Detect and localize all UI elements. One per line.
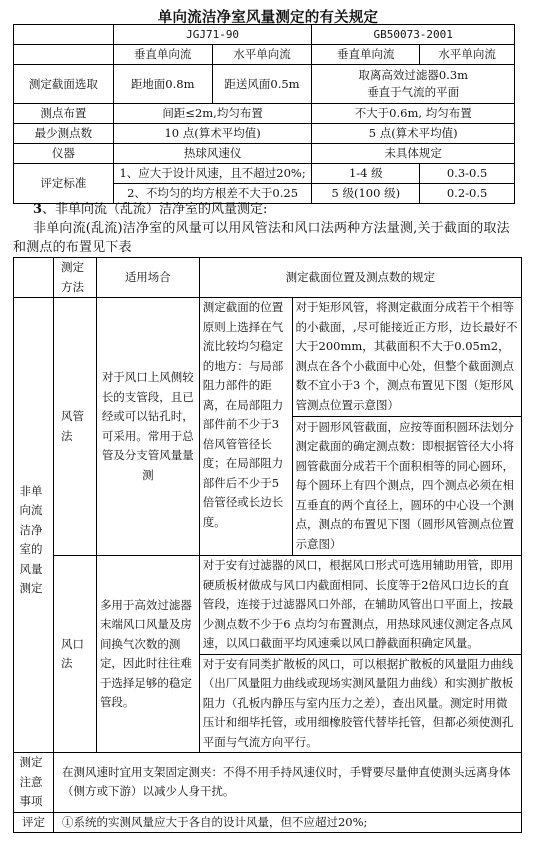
notes-label: 测定注意事项 bbox=[14, 753, 54, 813]
flow-type: 垂直单向流 bbox=[312, 45, 420, 65]
rect-duct-rule: 对于矩形风管，将测定截面分成若干个相等的小截面，,尽可能接近正方形，边长最好不大… bbox=[292, 298, 522, 417]
cell: 距地面0.8m bbox=[113, 65, 212, 104]
row-label: 测点布置 bbox=[14, 104, 114, 124]
round-duct-rule: 对于圆形风管截面，应按等面积圆环法划分测定截面的确定测点数：即根据管径大小将圆管… bbox=[292, 417, 522, 556]
cell: 1-4 级 bbox=[312, 164, 420, 184]
empty-cell bbox=[14, 258, 54, 298]
non-unidirectional-airflow-table: 测定方法 适用场合 测定截面位置及测点数的规定 非单向流洁净室的风量测定 风管法… bbox=[13, 257, 522, 833]
diffuser-outlet-rule: 对于安有同类扩散板的风口，可以根据扩散板的风量阻力曲线（出厂风量阻力曲线或现场实… bbox=[199, 654, 521, 753]
section-number: 3 bbox=[33, 202, 42, 217]
flow-type: 垂直单向流 bbox=[113, 45, 212, 65]
cell: 未具体规定 bbox=[312, 144, 515, 164]
cell: 5 点(算术平均值) bbox=[312, 124, 515, 144]
header-method: 测定方法 bbox=[53, 258, 96, 298]
filter-outlet-rule: 对于安有过滤器的风口，根据风口形式可选用辅助用管，即用硬质板材做成与风口内截面相… bbox=[199, 556, 521, 655]
cell: 取离高效过滤器0.3m 垂直于气流的平面 bbox=[312, 65, 515, 104]
cell: 0.3-0.5 bbox=[420, 164, 515, 184]
section-heading-text: 、非单向流（乱流）洁净室的风量测定: bbox=[42, 202, 267, 217]
cell: 间距≤2m,均匀布置 bbox=[113, 104, 312, 124]
flow-type: 水平单向流 bbox=[212, 45, 312, 65]
standard-jgj: JGJ71-90 bbox=[113, 25, 312, 45]
cell-line: 取离高效过滤器0.3m bbox=[312, 67, 514, 84]
header-applicable: 适用场合 bbox=[96, 258, 199, 298]
duct-position-rule: 测定截面的位置原则上选择在气流比较均匀稳定的地方：与局部阻力部件的距离，在局部阻… bbox=[199, 298, 292, 556]
row-label: 测定截面选取 bbox=[14, 65, 114, 104]
section-body: 非单向流(乱流)洁净室的风量可以用风管法和风口法两种方法量测,关于截面的取法和测… bbox=[13, 219, 523, 257]
notes-text: 在测风速时宜用支架固定测夹：不得不用手持风速仪时，手臂要尽量伸直使测头远离身体（… bbox=[53, 753, 521, 813]
empty-cell bbox=[14, 25, 114, 45]
applicable-duct: 对于风口上风侧较长的支管段，且已经或可以钻孔时，可采用。常用于总管及分支管风量量… bbox=[96, 298, 199, 556]
applicable-outlet: 多用于高效过滤器末端风口风量及房间换气次数的测定，因此时往往难于选择足够的稳定管… bbox=[96, 556, 199, 753]
row-label: 评定标准 bbox=[14, 164, 114, 204]
row-label: 仪器 bbox=[14, 144, 114, 164]
row-label: 最少测点数 bbox=[14, 124, 114, 144]
flow-type: 水平单向流 bbox=[420, 45, 515, 65]
unidirectional-airflow-table: JGJ71-90 GB50073-2001 垂直单向流 水平单向流 垂直单向流 … bbox=[13, 24, 515, 204]
evaluation-label: 评定 bbox=[14, 812, 54, 833]
cell: 距送风面0.5m bbox=[212, 65, 312, 104]
empty-cell bbox=[14, 45, 114, 65]
method-duct: 风管法 bbox=[53, 298, 96, 556]
standard-gb: GB50073-2001 bbox=[312, 25, 515, 45]
header-rules: 测定截面位置及测点数的规定 bbox=[199, 258, 521, 298]
section-heading: 3、非单向流（乱流）洁净室的风量测定: bbox=[33, 200, 536, 219]
cell: 10 点(算术平均值) bbox=[113, 124, 312, 144]
group-label: 非单向流洁净室的风量测定 bbox=[14, 298, 54, 753]
cell: 不大于0.6m, 均匀布置 bbox=[312, 104, 515, 124]
evaluation-text: ①系统的实测风量应大于各自的设计风量，但不应超过20%; bbox=[53, 812, 521, 833]
cell: 1、应大于设计风速，且不超过20%; bbox=[113, 164, 312, 184]
cell: 热球风速仪 bbox=[113, 144, 312, 164]
cell-line: 垂直于气流的平面 bbox=[312, 84, 514, 101]
method-outlet: 风口法 bbox=[53, 556, 96, 753]
